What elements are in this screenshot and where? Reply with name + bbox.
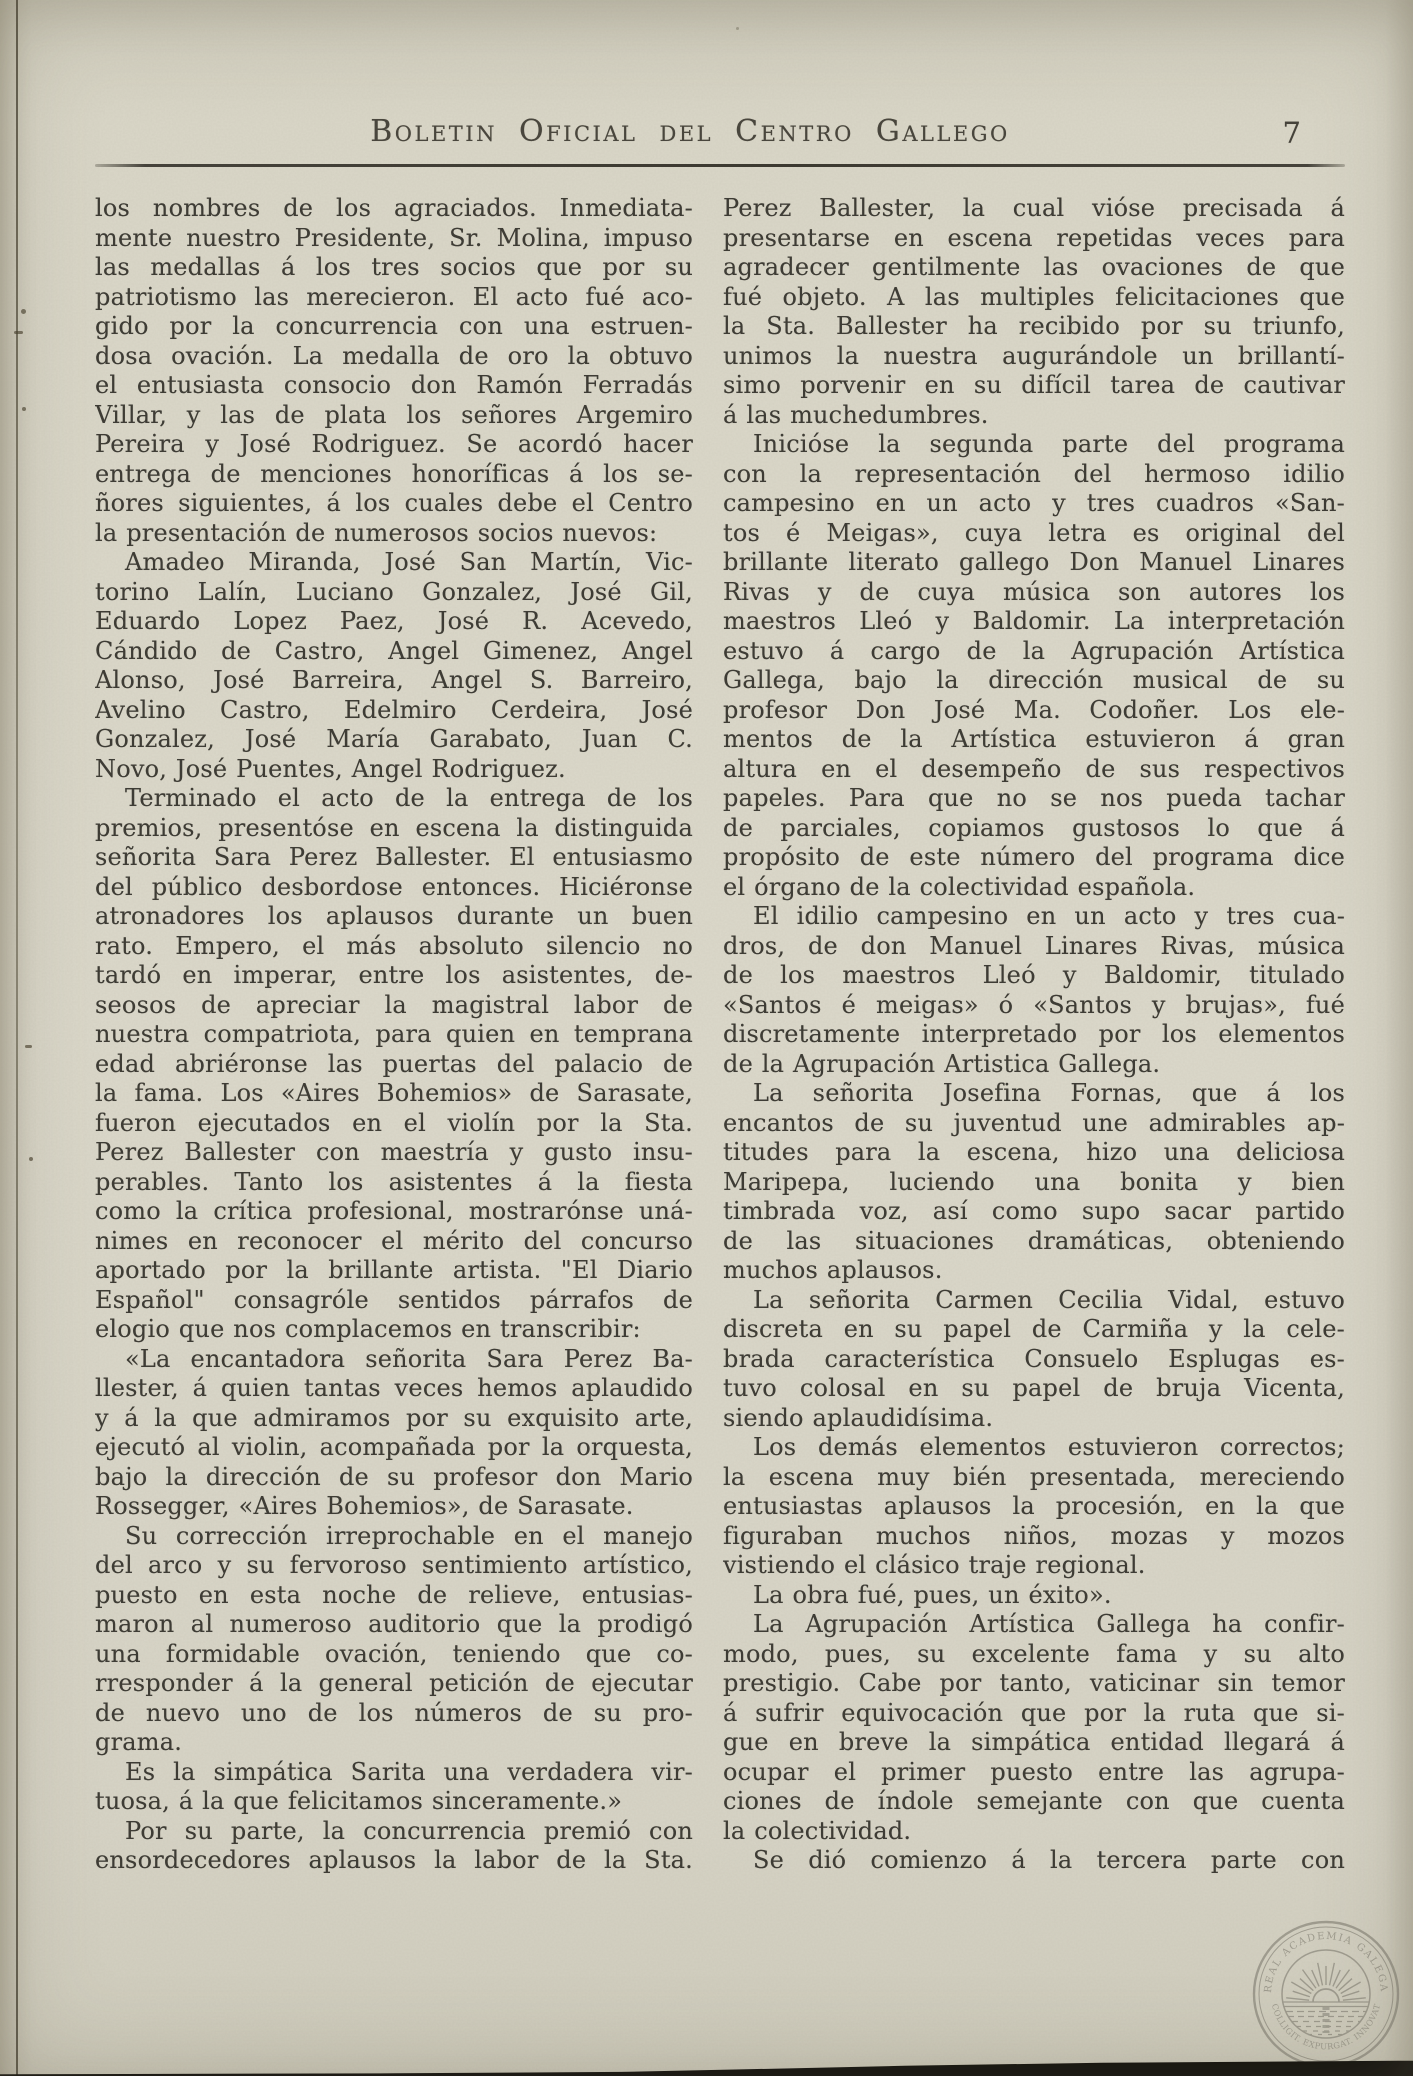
text-line: el órgano de la colectividad española. (723, 873, 1345, 903)
text-line: modo, pues, su excelente fama y su alto (723, 1640, 1345, 1670)
text-line: ensordecedores aplausos la labor de la S… (95, 1846, 693, 1876)
text-line: ñores siguientes, á los cuales debe el C… (95, 489, 693, 519)
text-line: seosos de apreciar la magistral labor de (95, 991, 693, 1021)
text-line: edad abriéronse las puertas del palacio … (95, 1050, 693, 1080)
text-line: discreta en su papel de Carmiña y la cel… (723, 1315, 1345, 1345)
text-line: del público desbordose entonces. Hiciéro… (95, 873, 693, 903)
text-line: presentarse en escena repetidas veces pa… (723, 224, 1345, 254)
text-line: fueron ejecutados en el violín por la St… (95, 1109, 693, 1139)
text-line: la escena muy bién presentada, mereciend… (723, 1463, 1345, 1493)
text-line: vistiendo el clásico traje regional. (723, 1551, 1345, 1581)
text-line: maron al numeroso auditorio que la prodi… (95, 1610, 693, 1640)
page-number: 7 (1283, 116, 1301, 150)
stamp-inner-ring (1282, 1950, 1370, 2038)
ink-speck (22, 407, 26, 411)
text-line: unimos la nuestra augurándole un brillan… (723, 342, 1345, 372)
text-line: Perez Ballester con maestría y gusto ins… (95, 1138, 693, 1168)
text-line: de nuevo uno de los números de su pro- (95, 1699, 693, 1729)
text-line: elogio que nos complacemos en transcribi… (95, 1315, 693, 1345)
paragraph: Se dió comienzo á la tercera parte con (723, 1846, 1345, 1876)
text-line: de parciales, copiamos gustosos lo que á (723, 814, 1345, 844)
text-line: de las situaciones dramáticas, obteniend… (723, 1227, 1345, 1257)
text-line: titudes para la escena, hizo una delicio… (723, 1138, 1345, 1168)
text-line: La obra fué, pues, un éxito». (723, 1581, 1345, 1611)
text-line: aportado por la brillante artista. "El D… (95, 1256, 693, 1286)
text-line: Eduardo Lopez Paez, José R. Acevedo, (95, 607, 693, 637)
text-line: Gonzalez, José María Garabato, Juan C. (95, 725, 693, 755)
spine-edge-line (16, 0, 18, 2076)
text-line: Español" consagróle sentidos párrafos de (95, 1286, 693, 1316)
text-line: Inicióse la segunda parte del programa (723, 430, 1345, 460)
text-line: dros, de don Manuel Linares Rivas, músic… (723, 932, 1345, 962)
paragraph: «La encantadora señorita Sara Perez Ba-l… (95, 1345, 693, 1522)
text-line: Cándido de Castro, Angel Gimenez, Angel (95, 637, 693, 667)
text-line: campesino en un acto y tres cuadros «San… (723, 489, 1345, 519)
paragraph: los nombres de los agraciados. Inmediata… (95, 194, 693, 548)
text-line: Alonso, José Barreira, Angel S. Barreiro… (95, 666, 693, 696)
text-line: como la crítica profesional, mostrarónse… (95, 1197, 693, 1227)
text-line: á sufrir equivocación que por la ruta qu… (723, 1699, 1345, 1729)
text-line: «La encantadora señorita Sara Perez Ba- (95, 1345, 693, 1375)
text-line: del arco y su fervoroso sentimiento artí… (95, 1551, 693, 1581)
text-line: rato. Empero, el más absoluto silencio n… (95, 932, 693, 962)
text-line: la fama. Los «Aires Bohemios» de Sarasat… (95, 1079, 693, 1109)
text-line: las medallas á los tres socios que por s… (95, 253, 693, 283)
text-line: simo porvenir en su difícil tarea de cau… (723, 371, 1345, 401)
header-rule (95, 164, 1345, 167)
stamp-sun-rays (1286, 1963, 1366, 2000)
text-line: Se dió comienzo á la tercera parte con (723, 1846, 1345, 1876)
page-header-title: Boletin Oficial del Centro Gallego (370, 114, 1009, 149)
paragraph: Por su parte, la concurrencia premió con… (95, 1817, 693, 1876)
paragraph: Los demás elementos estuvieron correctos… (723, 1433, 1345, 1581)
text-line: una formidable ovación, teniendo que co- (95, 1640, 693, 1670)
paragraph: La señorita Josefina Fornas, que á losen… (723, 1079, 1345, 1286)
text-line: Rivas y de cuya música son autores los (723, 578, 1345, 608)
text-line: figuraban muchos niños, mozas y mozos (723, 1522, 1345, 1552)
text-line: timbrada voz, así como supo sacar partid… (723, 1197, 1345, 1227)
text-line: Avelino Castro, Edelmiro Cerdeira, José (95, 696, 693, 726)
text-line: Gallega, bajo la dirección musical de su (723, 666, 1345, 696)
text-line: nimes en reconocer el mérito del concurs… (95, 1227, 693, 1257)
ink-speck (736, 27, 739, 30)
text-line: brada característica Consuelo Esplugas e… (723, 1345, 1345, 1375)
text-line: torino Lalín, Luciano Gonzalez, José Gil… (95, 578, 693, 608)
text-line: mente nuestro Presidente, Sr. Molina, im… (95, 224, 693, 254)
text-line: profesor Don José Ma. Codoñer. Los ele- (723, 696, 1345, 726)
text-line: Los demás elementos estuvieron correctos… (723, 1433, 1345, 1463)
text-line: propósito de este número del programa di… (723, 843, 1345, 873)
text-line: gido por la concurrencia con una estruen… (95, 312, 693, 342)
text-line: entusiastas aplausos la procesión, en la… (723, 1492, 1345, 1522)
text-line: el entusiasta consocio don Ramón Ferradá… (95, 371, 693, 401)
text-line: altura en el desempeño de sus respectivo… (723, 755, 1345, 785)
text-line: con la representación del hermoso idilio (723, 460, 1345, 490)
text-line: tuvo colosal en su papel de bruja Vicent… (723, 1374, 1345, 1404)
text-line: tos é Meigas», cuya letra es original de… (723, 519, 1345, 549)
paragraph: Inicióse la segunda parte del programaco… (723, 430, 1345, 902)
text-line: Novo, José Puentes, Angel Rodriguez. (95, 755, 693, 785)
ink-speck (21, 309, 26, 314)
text-line: siendo aplaudidísima. (723, 1404, 1345, 1434)
text-line: gue en breve la simpática entidad llegar… (723, 1728, 1345, 1758)
ink-speck (25, 1045, 32, 1048)
ink-speck (14, 331, 23, 334)
text-line: la Sta. Ballester ha recibido por su tri… (723, 312, 1345, 342)
text-line: y á la que admiramos por su exquisito ar… (95, 1404, 693, 1434)
text-line: Su corrección irreprochable en el manejo (95, 1522, 693, 1552)
text-line: la presentación de numerosos socios nuev… (95, 519, 693, 549)
text-line: La señorita Carmen Cecilia Vidal, estuvo (723, 1286, 1345, 1316)
text-line: señorita Sara Perez Ballester. El entusi… (95, 843, 693, 873)
running-header: Boletin Oficial del Centro Gallego 7 (95, 114, 1345, 162)
paragraph: Amadeo Miranda, José San Martín, Vic-tor… (95, 548, 693, 784)
text-line: fué objeto. A las multiples felicitacion… (723, 283, 1345, 313)
text-column-left: los nombres de los agraciados. Inmediata… (95, 194, 693, 1876)
text-line: muchos aplausos. (723, 1256, 1345, 1286)
scanned-page: Boletin Oficial del Centro Gallego 7 los… (0, 0, 1413, 2076)
text-line: á las muchedumbres. (723, 401, 1345, 431)
paragraph: La señorita Carmen Cecilia Vidal, estuvo… (723, 1286, 1345, 1434)
text-line: papeles. Para que no se nos pueda tachar (723, 784, 1345, 814)
text-line: La Agrupación Artística Gallega ha confi… (723, 1610, 1345, 1640)
text-line: Terminado el acto de la entrega de los (95, 784, 693, 814)
text-line: maestros Lleó y Baldomir. La interpretac… (723, 607, 1345, 637)
text-line: la colectividad. (723, 1817, 1345, 1847)
text-line: premios, presentóse en escena la disting… (95, 814, 693, 844)
text-line: entrega de menciones honoríficas á los s… (95, 460, 693, 490)
text-line: rresponder á la general petición de ejec… (95, 1669, 693, 1699)
text-line: «Santos é meigas» ó «Santos y brujas», f… (723, 991, 1345, 1021)
scan-background-band (0, 2059, 1413, 2076)
text-line: de los maestros Lleó y Baldomir, titulad… (723, 961, 1345, 991)
text-column-right: Perez Ballester, la cual vióse precisada… (723, 194, 1345, 1876)
paragraph: Perez Ballester, la cual vióse precisada… (723, 194, 1345, 430)
text-line: Amadeo Miranda, José San Martín, Vic- (95, 548, 693, 578)
stamp-sun-icon (1313, 1989, 1339, 2002)
text-line: encantos de su juventud une admirables a… (723, 1109, 1345, 1139)
text-line: Maripepa, luciendo una bonita y bien (723, 1168, 1345, 1198)
text-line: llester, á quien tantas veces hemos apla… (95, 1374, 693, 1404)
paragraph: La obra fué, pues, un éxito». (723, 1581, 1345, 1611)
text-line: bajo la dirección de su profesor don Mar… (95, 1463, 693, 1493)
text-line: Villar, y las de plata los señores Argem… (95, 401, 693, 431)
text-line: prestigio. Cabe por tanto, vaticinar sin… (723, 1669, 1345, 1699)
text-line: discretamente interpretado por los eleme… (723, 1020, 1345, 1050)
text-line: dosa ovación. La medalla de oro la obtuv… (95, 342, 693, 372)
text-line: La señorita Josefina Fornas, que á los (723, 1079, 1345, 1109)
text-line: mentos de la Artística estuvieron á gran (723, 725, 1345, 755)
text-line: perables. Tanto los asistentes á la fies… (95, 1168, 693, 1198)
text-line: de la Agrupación Artistica Gallega. (723, 1050, 1345, 1080)
text-line: ejecutó al violin, acompañada por la orq… (95, 1433, 693, 1463)
paragraph: Su corrección irreprochable en el manejo… (95, 1522, 693, 1758)
text-line: tardó en imperar, entre los asistentes, … (95, 961, 693, 991)
text-line: los nombres de los agraciados. Inmediata… (95, 194, 693, 224)
ink-speck (29, 1157, 33, 1161)
paragraph: Terminado el acto de la entrega de lospr… (95, 784, 693, 1345)
text-line: ciones de índole semejante con que cuent… (723, 1787, 1345, 1817)
text-line: El idilio campesino en un acto y tres cu… (723, 902, 1345, 932)
stamp-sea-lines (1283, 2002, 1369, 2035)
text-line: Pereira y José Rodriguez. Se acordó hace… (95, 430, 693, 460)
text-line: atronadores los aplausos durante un buen (95, 902, 693, 932)
text-line: brillante literato gallego Don Manuel Li… (723, 548, 1345, 578)
text-line: ocupar el primer puesto entre las agrupa… (723, 1758, 1345, 1788)
text-line: patriotismo las merecieron. El acto fué … (95, 283, 693, 313)
text-line: nuestra compatriota, para quien en tempr… (95, 1020, 693, 1050)
text-line: Rossegger, «Aires Bohemios», de Sarasate… (95, 1492, 693, 1522)
text-line: estuvo á cargo de la Agrupación Artístic… (723, 637, 1345, 667)
paragraph: El idilio campesino en un acto y tres cu… (723, 902, 1345, 1079)
text-line: Perez Ballester, la cual vióse precisada… (723, 194, 1345, 224)
paragraph: Es la simpática Sarita una verdadera vir… (95, 1758, 693, 1817)
text-line: grama. (95, 1728, 693, 1758)
paragraph: La Agrupación Artística Gallega ha confi… (723, 1610, 1345, 1846)
library-stamp: REAL ACADEMIA GALEGA COLLIGIT. EXPURGAT.… (1246, 1914, 1406, 2074)
text-line: agradecer gentilmente las ovaciones de q… (723, 253, 1345, 283)
text-line: Por su parte, la concurrencia premió con (95, 1817, 693, 1847)
text-line: Es la simpática Sarita una verdadera vir… (95, 1758, 693, 1788)
text-line: puesto en esta noche de relieve, entusia… (95, 1581, 693, 1611)
text-line: tuosa, á la que felicitamos sinceramente… (95, 1787, 693, 1817)
